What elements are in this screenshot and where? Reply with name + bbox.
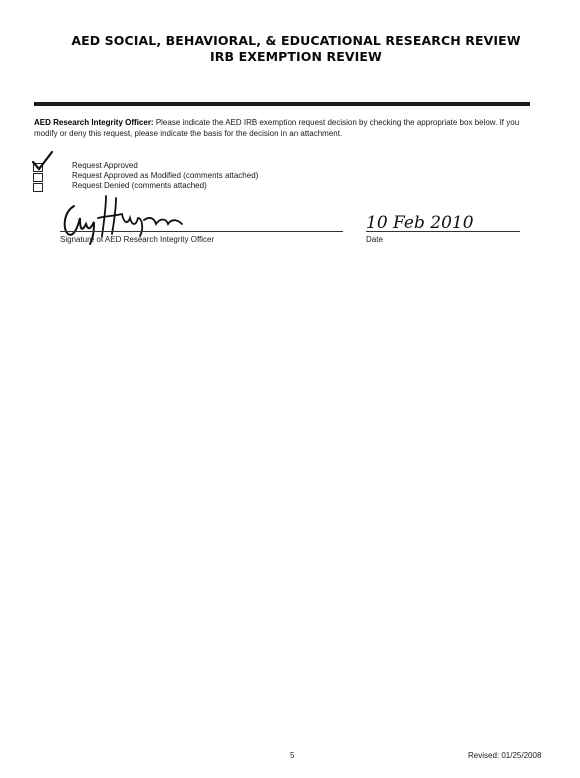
form-title-line2: IRB EXEMPTION REVIEW — [6, 49, 580, 64]
checkmark-icon — [30, 150, 56, 174]
checkbox-request-denied[interactable] — [33, 183, 43, 192]
revised-date: Revised: 01/25/2008 — [468, 751, 541, 760]
form-title-line1: AED SOCIAL, BEHAVIORAL, & EDUCATIONAL RE… — [6, 33, 580, 48]
date-line — [366, 231, 520, 232]
option-request-approved: Request Approved — [72, 161, 138, 170]
section-divider — [34, 102, 530, 106]
instructions: AED Research Integrity Officer: Please i… — [34, 117, 534, 139]
instructions-lead: AED Research Integrity Officer: — [34, 118, 154, 127]
checkbox-request-approved-modified[interactable] — [33, 173, 43, 182]
signature-line — [60, 231, 343, 232]
page-number: 5 — [290, 751, 294, 760]
svg-text:10 Feb 2010: 10 Feb 2010 — [366, 213, 474, 233]
option-request-approved-modified: Request Approved as Modified (comments a… — [72, 171, 258, 180]
signature-label: Signature of AED Research Integrity Offi… — [60, 235, 214, 244]
date-label: Date — [366, 235, 383, 244]
